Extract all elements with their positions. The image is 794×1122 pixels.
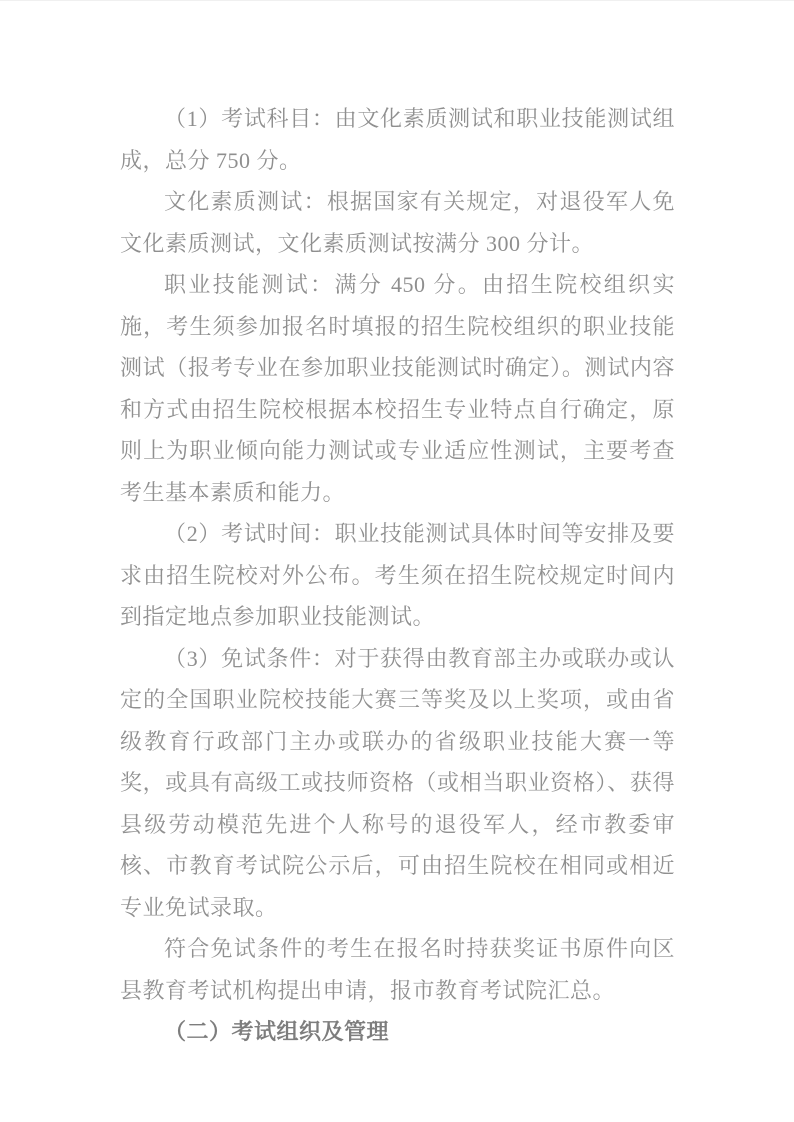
paragraph: （1）考试科目：由文化素质测试和职业技能测试组成，总分 750 分。	[120, 98, 675, 181]
paragraph: （3）免试条件：对于获得由教育部主办或联办或认定的全国职业院校技能大赛三等奖及以…	[120, 638, 675, 929]
paragraph: 职业技能测试：满分 450 分。由招生院校组织实施，考生须参加报名时填报的招生院…	[120, 264, 675, 513]
paragraph: 文化素质测试：根据国家有关规定，对退役军人免文化素质测试，文化素质测试按满分 3…	[120, 181, 675, 264]
section-heading: （二）考试组织及管理	[120, 1011, 675, 1053]
paragraph: （2）考试时间：职业技能测试具体时间等安排及要求由招生院校对外公布。考生须在招生…	[120, 513, 675, 638]
document-body: （1）考试科目：由文化素质测试和职业技能测试组成，总分 750 分。文化素质测试…	[120, 98, 675, 1053]
document-page: （1）考试科目：由文化素质测试和职业技能测试组成，总分 750 分。文化素质测试…	[0, 0, 794, 1122]
paragraph: 符合免试条件的考生在报名时持获奖证书原件向区县教育考试机构提出申请，报市教育考试…	[120, 928, 675, 1011]
